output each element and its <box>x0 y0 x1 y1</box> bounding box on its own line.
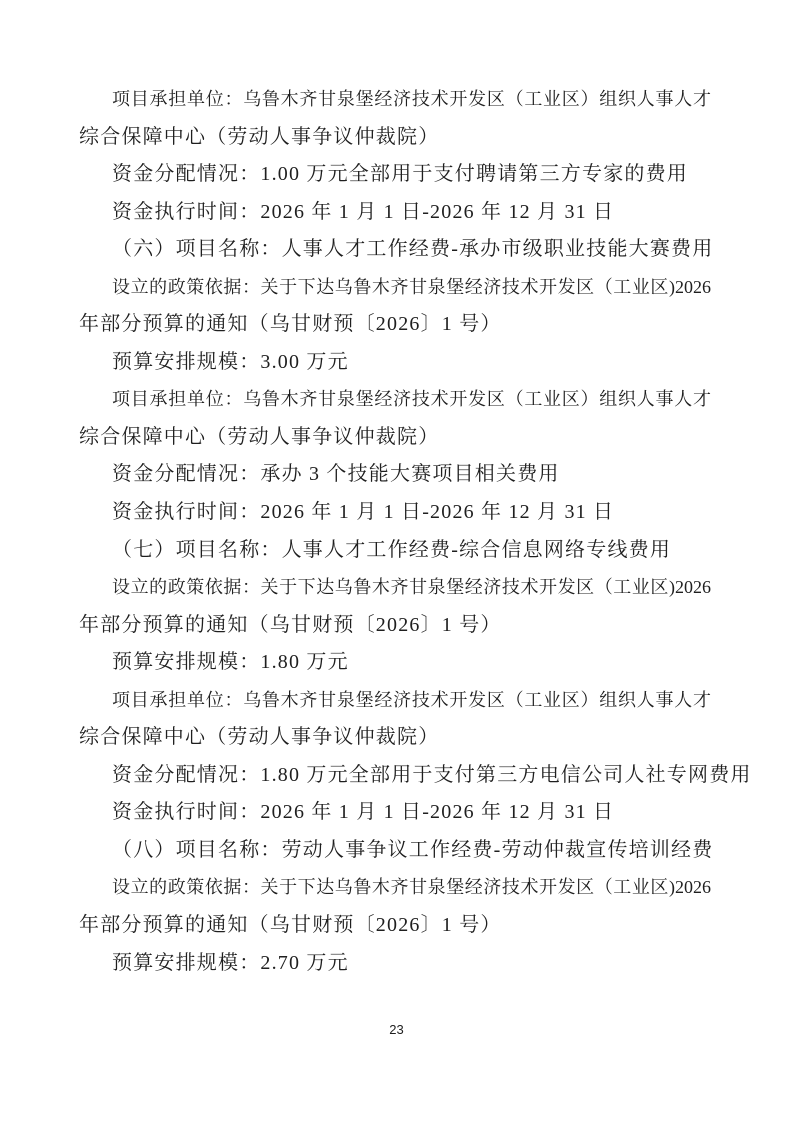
document-line: 设立的政策依据：关于下达乌鲁木齐甘泉堡经济技术开发区（工业区)2026 <box>79 869 711 907</box>
document-line: 资金执行时间：2026 年 1 月 1 日-2026 年 12 月 31 日 <box>79 494 711 532</box>
document-line: 预算安排规模：1.80 万元 <box>79 644 711 682</box>
page-number: 23 <box>0 1022 793 1037</box>
document-line: （八）项目名称：劳动人事争议工作经费-劳动仲裁宣传培训经费 <box>79 832 711 870</box>
document-line: 综合保障中心（劳动人事争议仲裁院） <box>79 419 711 457</box>
document-line: 资金分配情况：1.80 万元全部用于支付第三方电信公司人社专网费用 <box>79 757 711 795</box>
document-line: 年部分预算的通知（乌甘财预〔2026〕1 号） <box>79 907 711 945</box>
document-line: 综合保障中心（劳动人事争议仲裁院） <box>79 719 711 757</box>
document-line: 综合保障中心（劳动人事争议仲裁院） <box>79 119 711 157</box>
document-line: 设立的政策依据：关于下达乌鲁木齐甘泉堡经济技术开发区（工业区)2026 <box>79 269 711 307</box>
document-line: 资金执行时间：2026 年 1 月 1 日-2026 年 12 月 31 日 <box>79 194 711 232</box>
document-line: 设立的政策依据：关于下达乌鲁木齐甘泉堡经济技术开发区（工业区)2026 <box>79 569 711 607</box>
document-line: （六）项目名称：人事人才工作经费-承办市级职业技能大赛费用 <box>79 231 711 269</box>
document-body: 项目承担单位：乌鲁木齐甘泉堡经济技术开发区（工业区）组织人事人才综合保障中心（劳… <box>79 81 711 982</box>
document-line: 资金分配情况：承办 3 个技能大赛项目相关费用 <box>79 456 711 494</box>
document-page: 项目承担单位：乌鲁木齐甘泉堡经济技术开发区（工业区）组织人事人才综合保障中心（劳… <box>0 0 793 1122</box>
document-line: 项目承担单位：乌鲁木齐甘泉堡经济技术开发区（工业区）组织人事人才 <box>79 81 711 119</box>
document-line: （七）项目名称：人事人才工作经费-综合信息网络专线费用 <box>79 532 711 570</box>
document-line: 年部分预算的通知（乌甘财预〔2026〕1 号） <box>79 607 711 645</box>
document-line: 资金执行时间：2026 年 1 月 1 日-2026 年 12 月 31 日 <box>79 794 711 832</box>
document-line: 项目承担单位：乌鲁木齐甘泉堡经济技术开发区（工业区）组织人事人才 <box>79 682 711 720</box>
document-line: 项目承担单位：乌鲁木齐甘泉堡经济技术开发区（工业区）组织人事人才 <box>79 381 711 419</box>
document-line: 预算安排规模：2.70 万元 <box>79 945 711 983</box>
document-line: 预算安排规模：3.00 万元 <box>79 344 711 382</box>
document-line: 资金分配情况：1.00 万元全部用于支付聘请第三方专家的费用 <box>79 156 711 194</box>
document-line: 年部分预算的通知（乌甘财预〔2026〕1 号） <box>79 306 711 344</box>
